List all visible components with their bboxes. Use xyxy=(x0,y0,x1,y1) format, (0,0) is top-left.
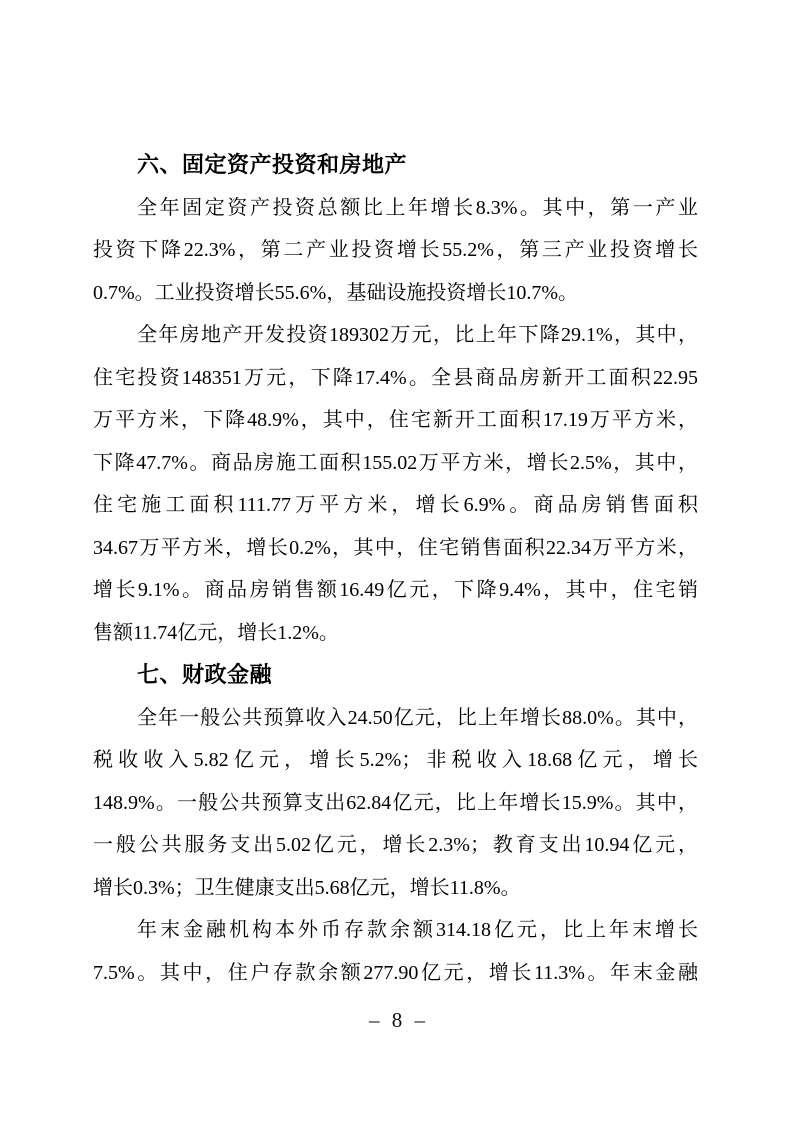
body-line: 全年一般公共预算收入24.50亿元，比上年增长88.0%。其中， xyxy=(93,697,698,740)
body-line: 万平方米，下降48.9%，其中，住宅新开工面积17.19万平方米， xyxy=(93,399,698,442)
document-page: 六、固定资产投资和房地产 全年固定资产投资总额比上年增长8.3%。其中，第一产业… xyxy=(0,0,794,1123)
body-line: 售额11.74亿元，增长1.2%。 xyxy=(93,612,698,655)
body-line: 增长0.3%；卫生健康支出5.68亿元，增长11.8%。 xyxy=(93,867,698,910)
body-line: 148.9%。一般公共预算支出62.84亿元，比上年增长15.9%。其中， xyxy=(93,782,698,825)
body-line: 下降47.7%。商品房施工面积155.02万平方米，增长2.5%，其中， xyxy=(93,442,698,485)
body-line: 年末金融机构本外币存款余额314.18亿元，比上年末增长 xyxy=(93,909,698,952)
section-heading-6: 六、固定资产投资和房地产 xyxy=(93,144,698,187)
body-line: 投资下降22.3%，第二产业投资增长55.2%，第三产业投资增长 xyxy=(93,229,698,272)
page-number: – 8 – xyxy=(0,1008,794,1033)
body-line: 0.7%。工业投资增长55.6%，基础设施投资增长10.7%。 xyxy=(93,272,698,315)
page-content: 六、固定资产投资和房地产 全年固定资产投资总额比上年增长8.3%。其中，第一产业… xyxy=(93,144,698,994)
body-line: 增长9.1%。商品房销售额16.49亿元，下降9.4%，其中，住宅销 xyxy=(93,569,698,612)
body-line: 全年固定资产投资总额比上年增长8.3%。其中，第一产业 xyxy=(93,187,698,230)
section-heading-7: 七、财政金融 xyxy=(93,654,698,697)
body-line: 住宅施工面积111.77万平方米，增长6.9%。商品房销售面积 xyxy=(93,484,698,527)
body-line: 住宅投资148351万元，下降17.4%。全县商品房新开工面积22.95 xyxy=(93,357,698,400)
body-line: 一般公共服务支出5.02亿元，增长2.3%；教育支出10.94亿元， xyxy=(93,824,698,867)
body-line: 34.67万平方米，增长0.2%，其中，住宅销售面积22.34万平方米， xyxy=(93,527,698,570)
body-line: 全年房地产开发投资189302万元，比上年下降29.1%，其中， xyxy=(93,314,698,357)
body-line: 税收收入5.82亿元，增长5.2%；非税收入18.68亿元，增长 xyxy=(93,739,698,782)
body-line: 7.5%。其中，住户存款余额277.90亿元，增长11.3%。年末金融 xyxy=(93,952,698,995)
